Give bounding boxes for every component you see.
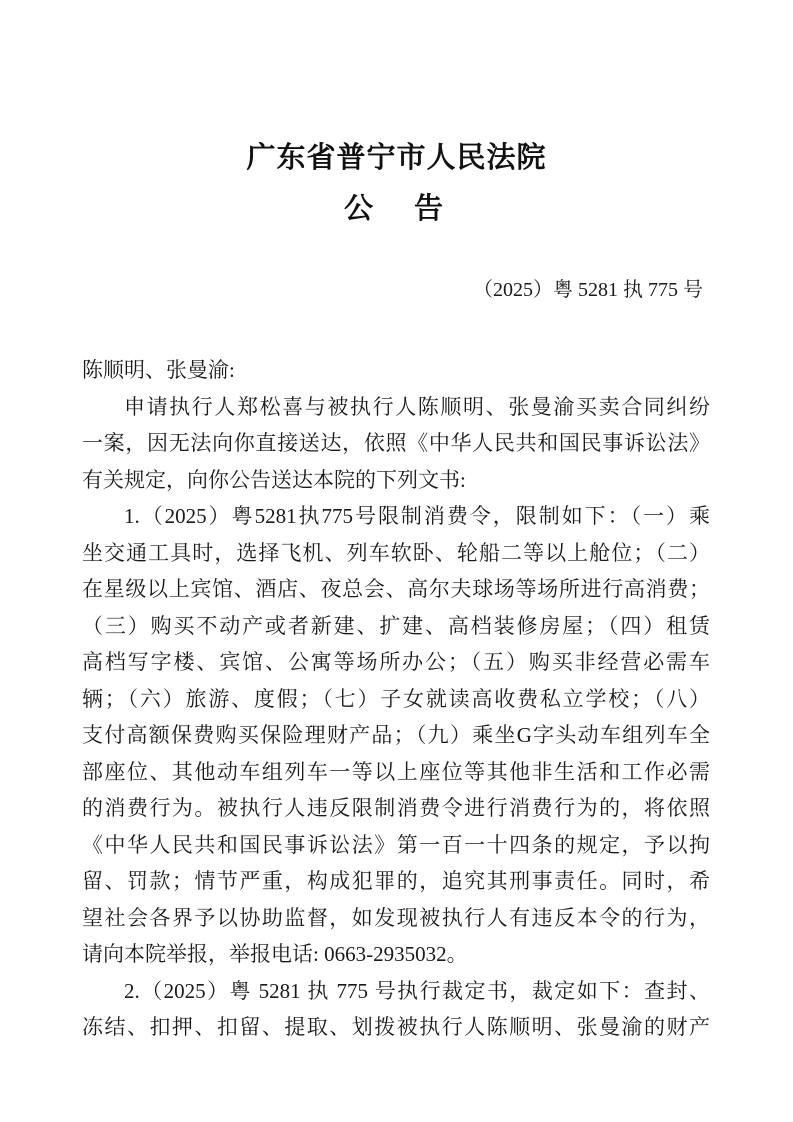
text-line: （三）购买不动产或者新建、扩建、高档装修房屋；（四）租赁 [82, 608, 710, 645]
text-line: 高档写字楼、宾馆、公寓等场所办公；（五）购买非经营必需车 [82, 644, 710, 681]
paragraph-item-1-restriction-order: 1.（2025）粤5281执775号限制消费令，限制如下：（一）乘坐交通工具时，… [82, 498, 710, 973]
text-line: 一案，因无法向你直接送达，依照《中华人民共和国民事诉讼法》 [82, 425, 710, 462]
text-line: 部座位、其他动车组列车一等以上座位等其他非生活和工作必需 [82, 754, 710, 791]
text-line: 1.（2025）粤5281执775号限制消费令，限制如下：（一）乘 [82, 498, 710, 535]
text-line: 在星级以上宾馆、酒店、夜总会、高尔夫球场等场所进行高消费； [82, 571, 710, 608]
document-title: 公 告 [0, 192, 793, 226]
text-line: 有关规定，向你公告送达本院的下列文书: [82, 462, 710, 499]
text-line: 《中华人民共和国民事诉讼法》第一百一十四条的规定，予以拘 [82, 827, 710, 864]
text-line: 支付高额保费购买保险理财产品；（九）乘坐G字头动车组列车全 [82, 717, 710, 754]
paragraph-item-2-execution-ruling: 2.（2025）粤 5281 执 775 号执行裁定书，裁定如下：查封、冻结、扣… [82, 973, 710, 1046]
text-line: 请向本院举报，举报电话: 0663-2935032。 [82, 936, 710, 973]
text-line: 的消费行为。被执行人违反限制消费令进行消费行为的，将依照 [82, 790, 710, 827]
text-line: 坐交通工具时，选择飞机、列车软卧、轮船二等以上舱位；（二） [82, 535, 710, 572]
text-line: 申请执行人郑松喜与被执行人陈顺明、张曼渝买卖合同纠纷 [82, 389, 710, 426]
text-line: 望社会各界予以协助监督，如发现被执行人有违反本令的行为， [82, 900, 710, 937]
court-name-title: 广东省普宁市人民法院 [0, 140, 793, 176]
salutation-line: 陈顺明、张曼渝: [82, 352, 710, 389]
document-body: 陈顺明、张曼渝: 申请执行人郑松喜与被执行人陈顺明、张曼渝买卖合同纠纷一案，因无… [82, 352, 710, 1046]
text-line: 留、罚款；情节严重，构成犯罪的，追究其刑事责任。同时，希 [82, 863, 710, 900]
text-line: 2.（2025）粤 5281 执 775 号执行裁定书，裁定如下：查封、 [82, 973, 710, 1010]
text-line: 冻结、扣押、扣留、提取、划拨被执行人陈顺明、张曼渝的财产 [82, 1009, 710, 1046]
paragraph-intro: 申请执行人郑松喜与被执行人陈顺明、张曼渝买卖合同纠纷一案，因无法向你直接送达，依… [82, 389, 710, 499]
text-line: 辆；（六）旅游、度假；（七）子女就读高收费私立学校；（八） [82, 681, 710, 718]
court-announcement-page: 广东省普宁市人民法院 公 告 （2025）粤 5281 执 775 号 陈顺明、… [0, 0, 793, 1122]
case-number: （2025）粤 5281 执 775 号 [82, 278, 711, 302]
